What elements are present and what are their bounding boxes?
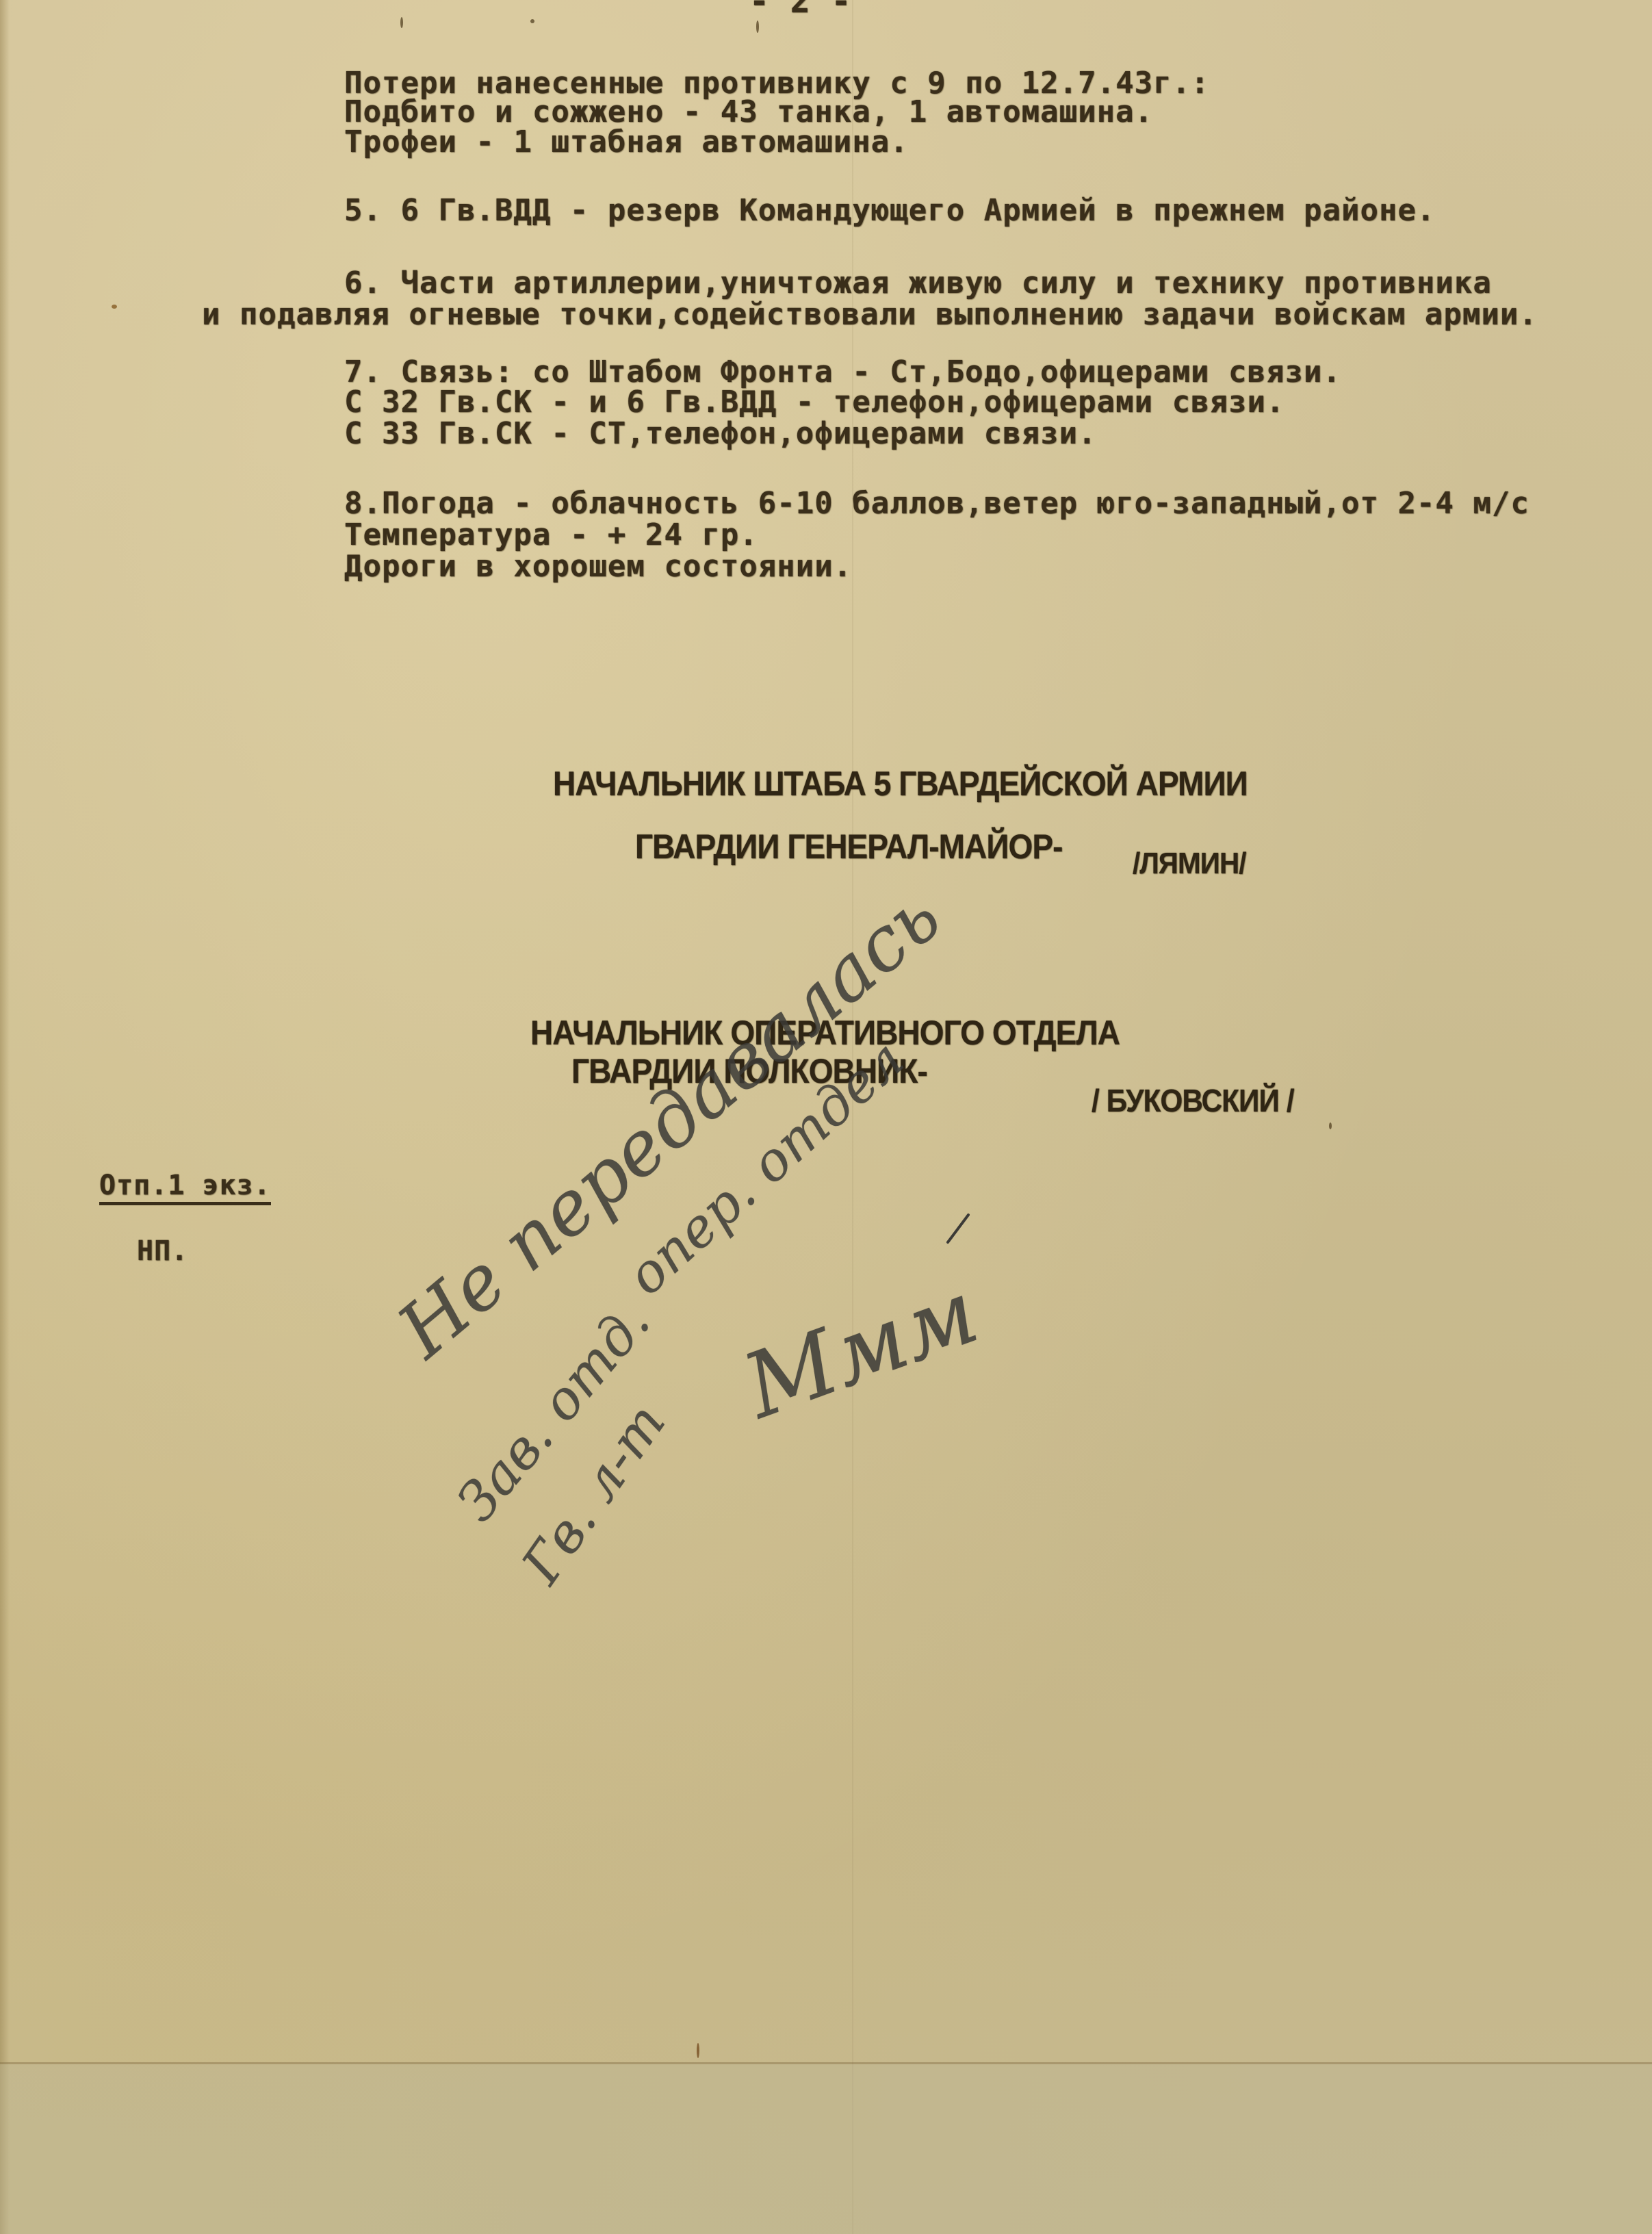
chief-of-staff-rank: ГВАРДИИ ГЕНЕРАЛ-МАЙОР- xyxy=(635,830,1063,864)
item-8-weather-line2: Температура - + 24 гр. xyxy=(344,520,758,550)
paper-left-edge xyxy=(0,0,10,2234)
paper-speck xyxy=(697,2043,699,2058)
paper-speck xyxy=(756,21,759,33)
page-number: - 2 - xyxy=(749,0,852,18)
operations-chief-name: / БУКОВСКИЙ / xyxy=(1092,1085,1294,1116)
paper-speck xyxy=(112,305,117,309)
item-8-weather-line3: Дороги в хорошем состоянии. xyxy=(344,552,852,582)
copies-note: Отп.1 экз. xyxy=(99,1172,271,1205)
horizontal-fold-line xyxy=(0,2062,1652,2064)
paper-speck xyxy=(1329,1122,1332,1129)
chief-of-staff-name: /ЛЯМИН/ xyxy=(1133,849,1246,879)
losses-trophies: Трофеи - 1 штабная автомашина. xyxy=(344,127,909,157)
item-6-artillery-line2: и подавляя огневые точки,содействовали в… xyxy=(202,300,1538,330)
item-8-weather-line1: 8.Погода - облачность 6-10 баллов,ветер … xyxy=(344,489,1530,519)
item-6-artillery-line1: 6. Части артиллерии,уничтожая живую силу… xyxy=(344,268,1492,298)
item-5-reserve: 5. 6 Гв.ВДД - резерв Командующего Армией… xyxy=(344,196,1435,226)
lower-fold-band xyxy=(0,2064,1652,2234)
pencil-dash-mark xyxy=(944,1211,972,1246)
chief-of-staff-title: НАЧАЛЬНИК ШТАБА 5 ГВАРДЕЙСКОЙ АРМИИ xyxy=(553,767,1248,801)
item-7-communications-line2: С 32 Гв.СК - и 6 Гв.ВДД - телефон,офицер… xyxy=(344,387,1285,418)
paper-speck xyxy=(530,19,534,23)
item-7-communications-line1: 7. Связь: со Штабом Фронта - Ст,Бодо,офи… xyxy=(344,357,1341,387)
losses-destroyed: Подбито и сожжено - 43 танка, 1 автомаши… xyxy=(344,97,1153,127)
typist-initials: НП. xyxy=(137,1237,188,1265)
paper-speck xyxy=(400,17,403,28)
item-7-communications-line3: С 33 Гв.СК - СТ,телефон,офицерами связи. xyxy=(344,419,1097,449)
